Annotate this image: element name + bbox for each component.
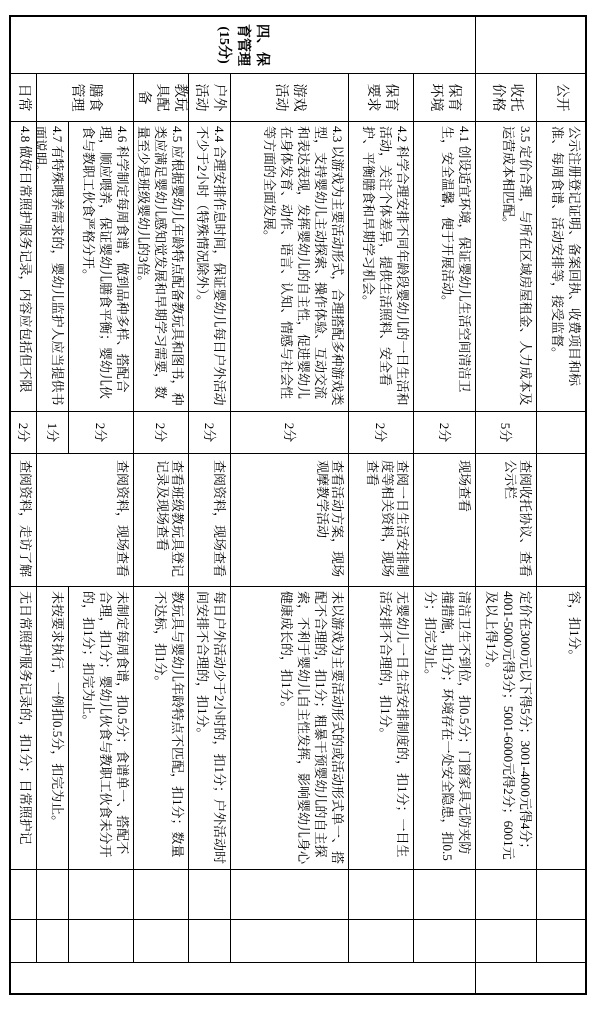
deduction-cell-row9: 无日常照护服务记录的，扣1分；日常照护记 bbox=[11, 587, 36, 870]
empty-cell-a4 bbox=[230, 870, 348, 920]
category-cell-richang: 日常 bbox=[11, 74, 36, 122]
empty-cell-a1 bbox=[475, 870, 536, 920]
empty-cell-a3 bbox=[348, 870, 413, 920]
category-cell-shoutuojiage: 收托价格 bbox=[475, 74, 536, 122]
empty-cell-a5 bbox=[188, 870, 230, 920]
method-cell-row5: 查阅资料，现场查看 bbox=[188, 454, 230, 587]
category-cell-gongkai: 公开 bbox=[536, 74, 585, 122]
score-cell-row8: 1分 bbox=[36, 412, 68, 454]
content-cell-row7: 4.6 科学制定每周食谱，做到品种多样、搭配合理，顺应喂养，保证婴幼儿膳食平衡；… bbox=[68, 122, 133, 412]
rotated-table-container: 四、保育管理(15分) 公开 收托价格 保育环境 保育要求 游戏活动 户外活动 … bbox=[9, 15, 587, 995]
category-cell-youxihuodong: 游戏活动 bbox=[230, 74, 348, 122]
deduction-cell-row7: 未制定每周食谱，扣0.5分；食谱单一、搭配不合理，扣1分；婴幼儿伙食与教职工伙食… bbox=[68, 587, 133, 870]
score-cell-row6: 2分 bbox=[133, 412, 188, 454]
content-cell-row8: 4.7 有特殊喂养需求的，婴幼儿监护人应当提供书面说明。 bbox=[36, 122, 68, 412]
deduction-cell-row8: 未按要求执行，一例扣0.5分，扣完为止。 bbox=[36, 587, 68, 870]
content-cell-row1: 3.5 定价合理，与所在区域房屋租金、人力成本及运营成本相匹配。 bbox=[475, 122, 536, 412]
category-cell-jiaowanjupeibei: 教玩具配备 bbox=[133, 74, 188, 122]
method-cell-row4: 查看活动方案，现场观摩教学活动 bbox=[230, 454, 348, 587]
document-page: 四、保育管理(15分) 公开 收托价格 保育环境 保育要求 游戏活动 户外活动 … bbox=[0, 0, 595, 1009]
category-cell-baoyuyaoqiu: 保育要求 bbox=[348, 74, 413, 122]
deduction-cell-row5: 每日户外活动少于2小时的，扣1分；户外活动时间安排不合理的，扣1分。 bbox=[188, 587, 230, 870]
empty-cell-b4 bbox=[230, 920, 348, 963]
empty-cell-b3 bbox=[348, 920, 413, 963]
content-cell-row5: 4.4 合理安排作息时间，保证婴幼儿每日户外活动不少于2小时（特殊情况除外）。 bbox=[188, 122, 230, 412]
empty-cell-b1 bbox=[475, 920, 536, 963]
section-title-cell: 四、保育管理(15分) bbox=[11, 17, 475, 74]
empty-cell-b6 bbox=[133, 920, 188, 963]
empty-subtotal-cell-main bbox=[11, 963, 475, 993]
method-cell-row7-8-merged: 查阅资料，现场查看 bbox=[36, 454, 133, 587]
empty-cell-a9 bbox=[11, 870, 36, 920]
method-cell-row3: 查阅一日生活安排制度等相关资料，现场查看 bbox=[348, 454, 413, 587]
empty-cell-a7 bbox=[68, 870, 133, 920]
score-cell-row1: 5分 bbox=[475, 412, 536, 454]
content-cell-row0: 公示注册登记证明、备案回执、收费项目和标准、每周食谱、活动安排等，接受监督。 bbox=[536, 122, 585, 412]
empty-cell-b9 bbox=[11, 920, 36, 963]
deduction-cell-row3: 无婴幼儿一日生活安排制度的，扣1分；一日生活安排不合理的，扣1分。 bbox=[348, 587, 413, 870]
empty-cell-b7 bbox=[68, 920, 133, 963]
empty-cell-b5 bbox=[188, 920, 230, 963]
evaluation-table: 四、保育管理(15分) 公开 收托价格 保育环境 保育要求 游戏活动 户外活动 … bbox=[9, 15, 587, 995]
empty-cell-b8 bbox=[36, 920, 68, 963]
deduction-cell-row4: 未以游戏为主要活动形式的或活动形式单一、搭配不合理的，扣1分；粗暴干预婴幼儿的自… bbox=[230, 587, 348, 870]
deduction-cell-row6: 教玩具与婴幼儿年龄特点不匹配，扣1分；数量不达标，扣1分。 bbox=[133, 587, 188, 870]
score-cell-row2: 2分 bbox=[413, 412, 475, 454]
method-cell-row9: 查阅资料，走访了解 bbox=[11, 454, 36, 587]
empty-subtotal-cell-top bbox=[475, 963, 585, 993]
category-cell-shanshiguanli: 膳食管理 bbox=[36, 74, 133, 122]
method-cell-row6: 查看班级教玩具登记记录及现场查看 bbox=[133, 454, 188, 587]
empty-cell-b2 bbox=[413, 920, 475, 963]
score-cell-row0 bbox=[536, 412, 585, 454]
empty-cell-a0 bbox=[536, 870, 585, 920]
empty-cell-a8 bbox=[36, 870, 68, 920]
score-cell-row7: 2分 bbox=[68, 412, 133, 454]
score-cell-row5: 2分 bbox=[188, 412, 230, 454]
category-cell-baoyuhuanjing: 保育环境 bbox=[413, 74, 475, 122]
content-cell-row9: 4.8 做好日常照护服务记录，内容应包括但不限 bbox=[11, 122, 36, 412]
score-cell-row4: 2分 bbox=[230, 412, 348, 454]
empty-cell-b0 bbox=[536, 920, 585, 963]
deduction-cell-row1: 定价在3000元以下得5分；3001-4000元得4分；4001-5000元得3… bbox=[475, 587, 536, 870]
deduction-cell-row2: 清洁卫生不到位，扣0.5分；门窗家具无防夹防撞措施，扣1分；环境存在一处安全隐患… bbox=[413, 587, 475, 870]
method-cell-row2: 现场查看 bbox=[413, 454, 475, 587]
empty-cell-a2 bbox=[413, 870, 475, 920]
content-cell-row4: 4.3 以游戏为主要活动形式，合理搭配多种游戏类型，支持婴幼儿主动探索、操作体验… bbox=[230, 122, 348, 412]
empty-cell-a6 bbox=[133, 870, 188, 920]
content-cell-row3: 4.2 科学合理安排不同年龄段婴幼儿的一日生活和活动，关注个体差异，提供生活照料… bbox=[348, 122, 413, 412]
content-cell-row2: 4.1 创设适宜环境，保证婴幼儿生活空间清洁卫生，安全温馨，便于开展活动。 bbox=[413, 122, 475, 412]
category-cell-huwaihuodong: 户外活动 bbox=[188, 74, 230, 122]
score-cell-row9: 2分 bbox=[11, 412, 36, 454]
content-cell-row6: 4.5 应根据婴幼儿年龄特点配备教玩具和图书，种类应满足婴幼儿感知觉发展和早期学… bbox=[133, 122, 188, 412]
method-cell-row0 bbox=[536, 454, 585, 587]
method-cell-row1: 查阅收托协议、查看公示栏 bbox=[475, 454, 536, 587]
score-cell-row3: 2分 bbox=[348, 412, 413, 454]
section-label-empty-cell bbox=[475, 17, 585, 74]
deduction-cell-row0: 容，扣1分。 bbox=[536, 587, 585, 870]
